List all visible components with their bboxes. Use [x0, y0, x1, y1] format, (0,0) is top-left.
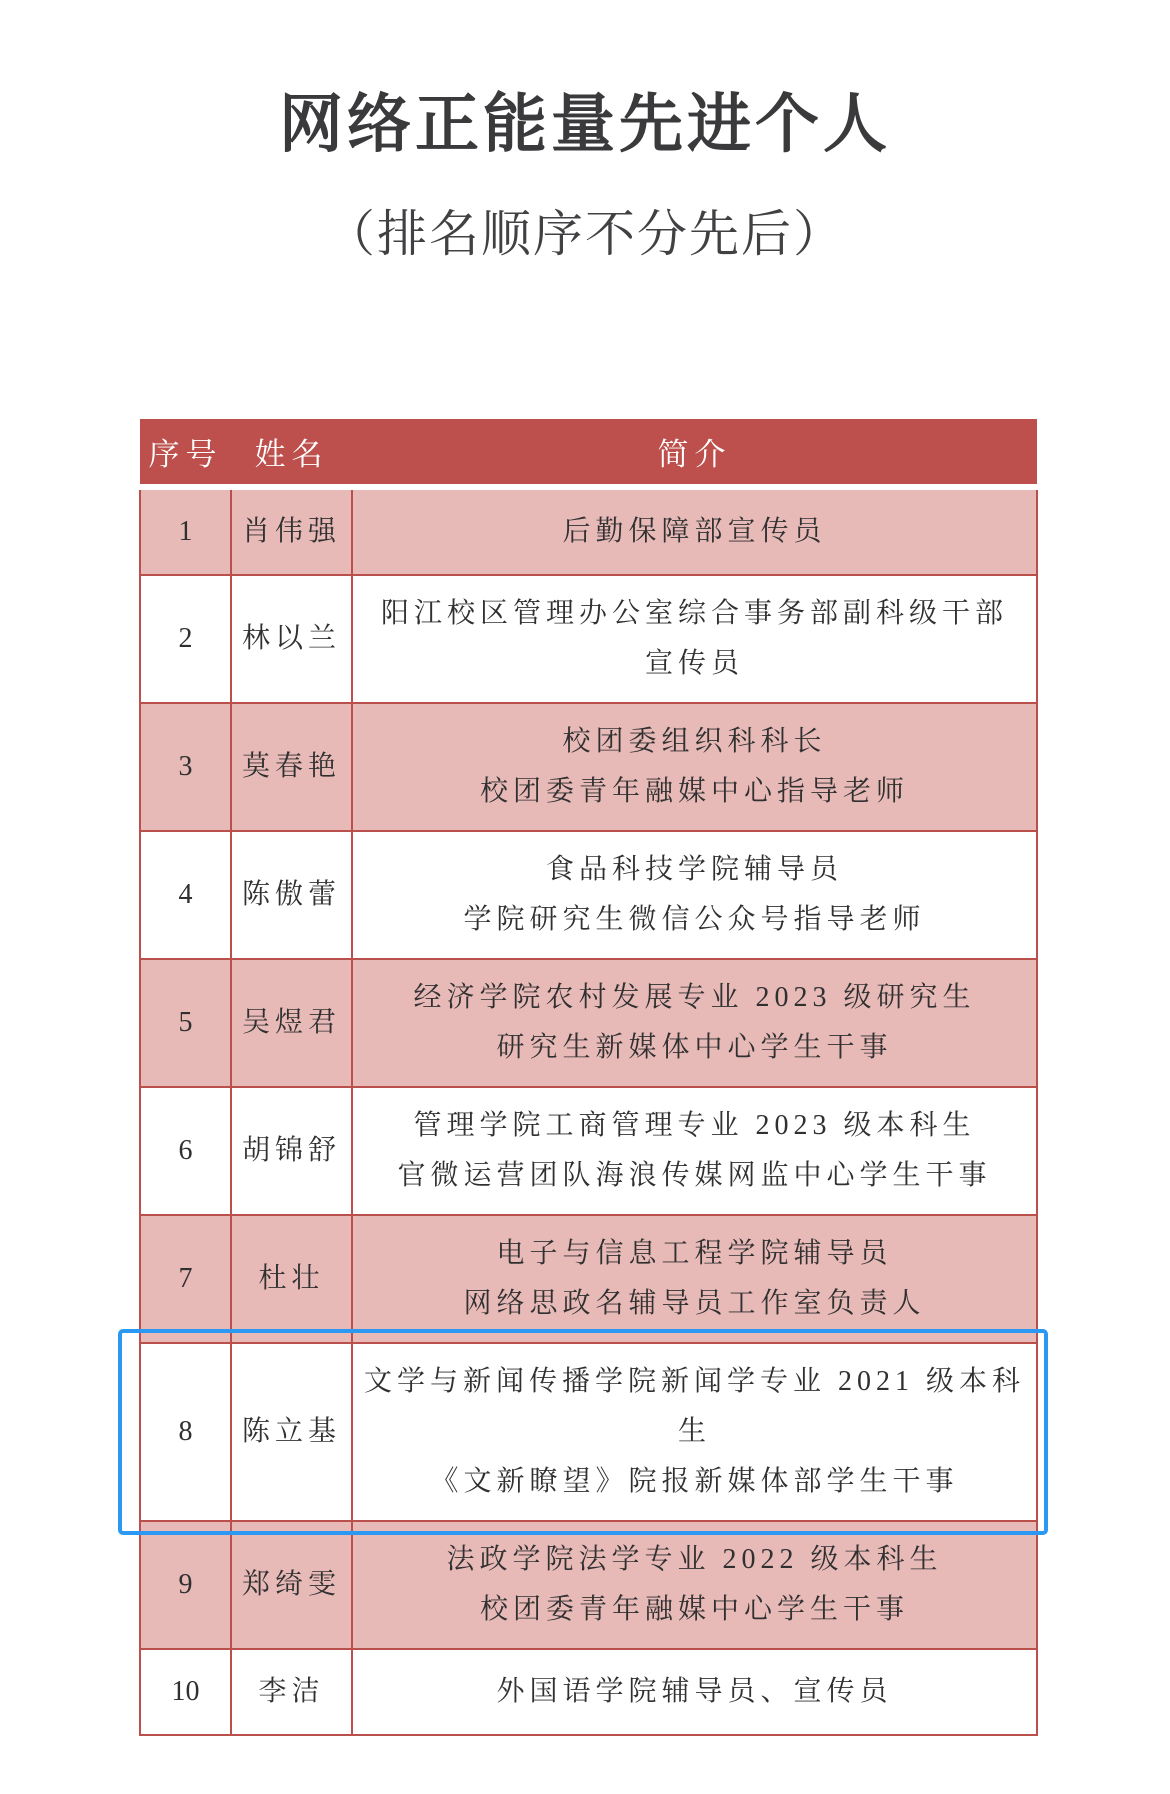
- cell-name: 莫春艳: [231, 703, 352, 831]
- desc-line: 阳江校区管理办公室综合事务部副科级干部: [361, 589, 1028, 639]
- cell-name: 杜壮: [231, 1215, 352, 1343]
- table-row: 5 吴煜君 经济学院农村发展专业 2023 级研究生研究生新媒体中心学生干事: [140, 959, 1037, 1087]
- cell-desc: 经济学院农村发展专业 2023 级研究生研究生新媒体中心学生干事: [352, 959, 1037, 1087]
- table-row: 2 林以兰 阳江校区管理办公室综合事务部副科级干部宣传员: [140, 575, 1037, 703]
- table-row: 1 肖伟强 后勤保障部宣传员: [140, 487, 1037, 575]
- cell-name: 林以兰: [231, 575, 352, 703]
- page-subtitle: （排名顺序不分先后）: [0, 206, 1170, 264]
- cell-name: 李洁: [231, 1649, 352, 1735]
- desc-line: 文学与新闻传播学院新闻学专业 2021 级本科生: [361, 1357, 1028, 1457]
- cell-desc: 电子与信息工程学院辅导员网络思政名辅导员工作室负责人: [352, 1215, 1037, 1343]
- page-title: 网络正能量先进个人: [0, 0, 1170, 162]
- desc-line: 宣传员: [361, 639, 1028, 689]
- cell-num: 1: [140, 487, 231, 575]
- desc-line: 研究生新媒体中心学生干事: [361, 1023, 1028, 1073]
- desc-line: 后勤保障部宣传员: [361, 507, 1028, 557]
- cell-desc: 食品科技学院辅导员学院研究生微信公众号指导老师: [352, 831, 1037, 959]
- cell-desc: 法政学院法学专业 2022 级本科生校团委青年融媒中心学生干事: [352, 1521, 1037, 1649]
- cell-name: 陈傲蕾: [231, 831, 352, 959]
- table-row: 7 杜壮 电子与信息工程学院辅导员网络思政名辅导员工作室负责人: [140, 1215, 1037, 1343]
- desc-line: 电子与信息工程学院辅导员: [361, 1229, 1028, 1279]
- cell-num: 2: [140, 575, 231, 703]
- cell-desc: 校团委组织科科长校团委青年融媒中心指导老师: [352, 703, 1037, 831]
- table-row: 9 郑绮雯 法政学院法学专业 2022 级本科生校团委青年融媒中心学生干事: [140, 1521, 1037, 1649]
- cell-num: 5: [140, 959, 231, 1087]
- cell-desc: 后勤保障部宣传员: [352, 487, 1037, 575]
- cell-name: 胡锦舒: [231, 1087, 352, 1215]
- desc-line: 法政学院法学专业 2022 级本科生: [361, 1535, 1028, 1585]
- cell-desc: 外国语学院辅导员、宣传员: [352, 1649, 1037, 1735]
- cell-num: 4: [140, 831, 231, 959]
- cell-num: 8: [140, 1343, 231, 1521]
- desc-line: 网络思政名辅导员工作室负责人: [361, 1279, 1028, 1329]
- cell-name: 吴煜君: [231, 959, 352, 1087]
- cell-name: 郑绮雯: [231, 1521, 352, 1649]
- table-row: 3 莫春艳 校团委组织科科长校团委青年融媒中心指导老师: [140, 703, 1037, 831]
- desc-line: 《文新瞭望》院报新媒体部学生干事: [361, 1457, 1028, 1507]
- award-table: 序号 姓名 简介 1 肖伟强 后勤保障部宣传员 2 林以兰 阳江校区管理办公室综…: [139, 419, 1038, 1736]
- table-row: 8 陈立基 文学与新闻传播学院新闻学专业 2021 级本科生《文新瞭望》院报新媒…: [140, 1343, 1037, 1521]
- cell-name: 陈立基: [231, 1343, 352, 1521]
- page: 网络正能量先进个人 （排名顺序不分先后） 序号 姓名 简介 1 肖伟强 后勤保障…: [0, 0, 1170, 1794]
- cell-num: 3: [140, 703, 231, 831]
- desc-line: 管理学院工商管理专业 2023 级本科生: [361, 1101, 1028, 1151]
- desc-line: 官微运营团队海浪传媒网监中心学生干事: [361, 1151, 1028, 1201]
- cell-desc: 阳江校区管理办公室综合事务部副科级干部宣传员: [352, 575, 1037, 703]
- cell-num: 7: [140, 1215, 231, 1343]
- award-table-wrap: 序号 姓名 简介 1 肖伟强 后勤保障部宣传员 2 林以兰 阳江校区管理办公室综…: [139, 419, 1036, 1736]
- cell-num: 9: [140, 1521, 231, 1649]
- desc-line: 校团委青年融媒中心学生干事: [361, 1585, 1028, 1635]
- table-header-row: 序号 姓名 简介: [140, 419, 1037, 487]
- cell-name: 肖伟强: [231, 487, 352, 575]
- cell-desc: 管理学院工商管理专业 2023 级本科生官微运营团队海浪传媒网监中心学生干事: [352, 1087, 1037, 1215]
- cell-desc: 文学与新闻传播学院新闻学专业 2021 级本科生《文新瞭望》院报新媒体部学生干事: [352, 1343, 1037, 1521]
- cell-num: 6: [140, 1087, 231, 1215]
- desc-line: 外国语学院辅导员、宣传员: [361, 1667, 1028, 1717]
- desc-line: 经济学院农村发展专业 2023 级研究生: [361, 973, 1028, 1023]
- desc-line: 校团委组织科科长: [361, 717, 1028, 767]
- desc-line: 学院研究生微信公众号指导老师: [361, 895, 1028, 945]
- desc-line: 食品科技学院辅导员: [361, 845, 1028, 895]
- table-row: 6 胡锦舒 管理学院工商管理专业 2023 级本科生官微运营团队海浪传媒网监中心…: [140, 1087, 1037, 1215]
- cell-num: 10: [140, 1649, 231, 1735]
- table-row: 4 陈傲蕾 食品科技学院辅导员学院研究生微信公众号指导老师: [140, 831, 1037, 959]
- desc-line: 校团委青年融媒中心指导老师: [361, 767, 1028, 817]
- column-header-name: 姓名: [231, 419, 352, 487]
- table-body: 1 肖伟强 后勤保障部宣传员 2 林以兰 阳江校区管理办公室综合事务部副科级干部…: [140, 487, 1037, 1735]
- column-header-desc: 简介: [352, 419, 1037, 487]
- table-row: 10 李洁 外国语学院辅导员、宣传员: [140, 1649, 1037, 1735]
- column-header-num: 序号: [140, 419, 231, 487]
